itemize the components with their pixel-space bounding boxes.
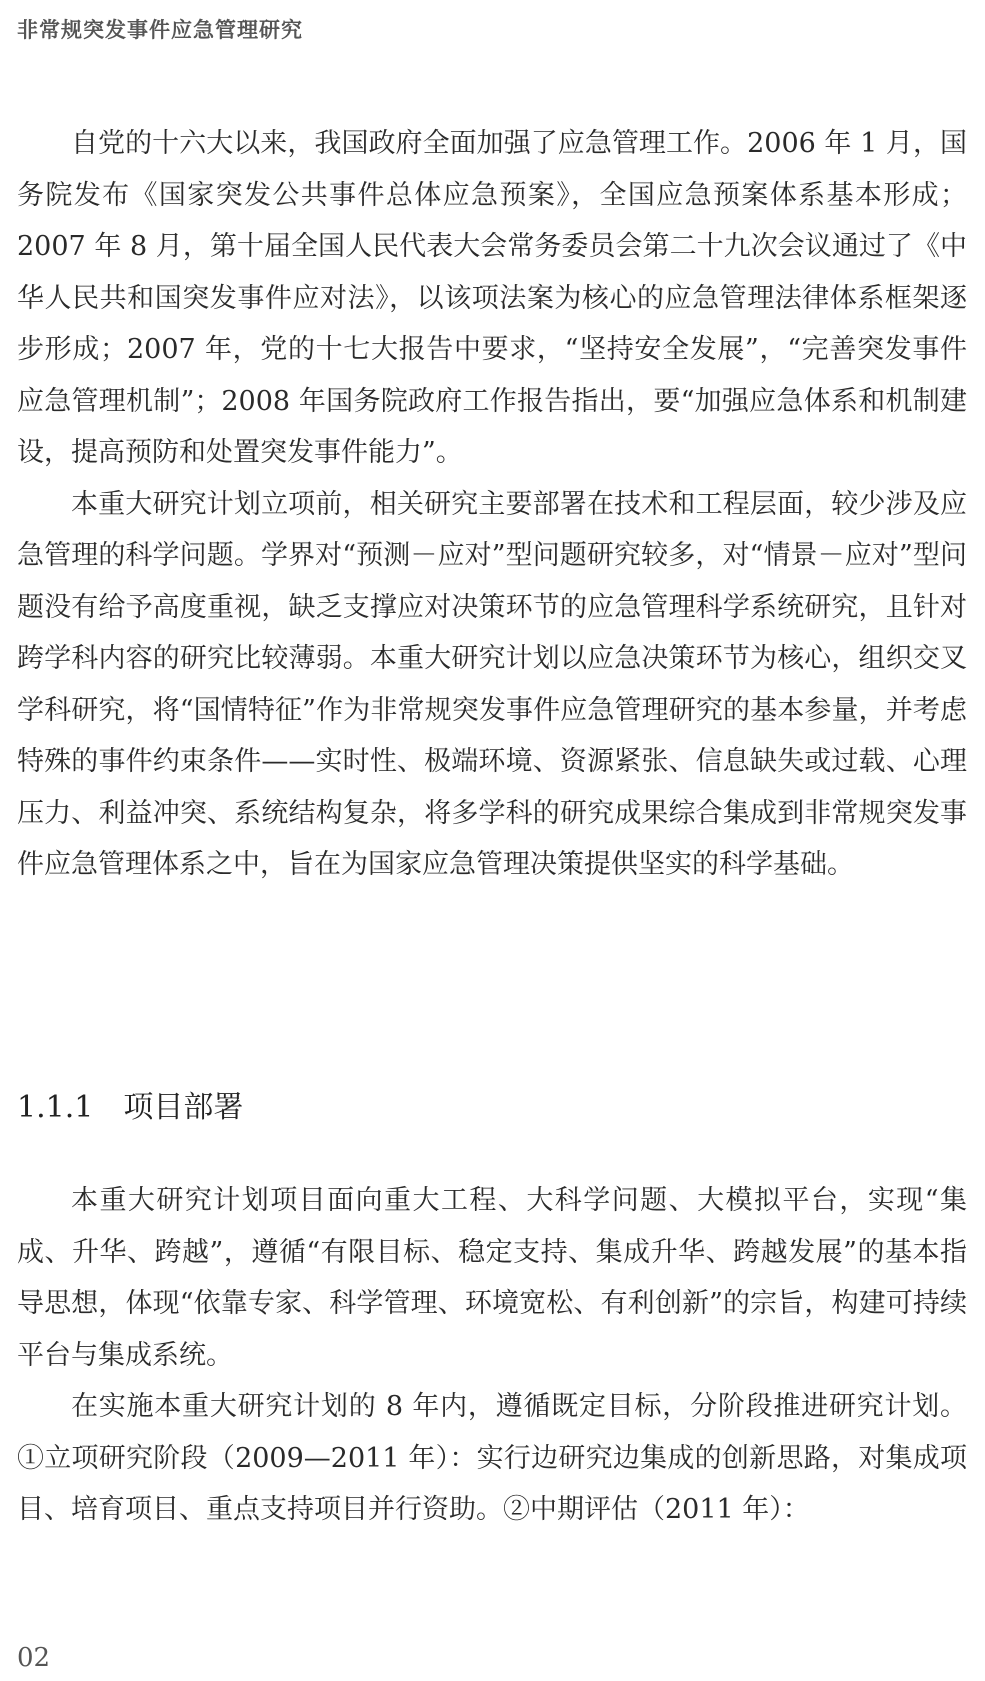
section-heading: 1.1.1项目部署 bbox=[17, 1082, 243, 1126]
paragraph: 自党的十六大以来，我国政府全面加强了应急管理工作。2006 年 1 月，国务院发… bbox=[17, 118, 967, 479]
running-head: 非常规突发事件应急管理研究 bbox=[17, 14, 303, 44]
paragraph: 本重大研究计划立项前，相关研究主要部署在技术和工程层面，较少涉及应急管理的科学问… bbox=[17, 479, 967, 891]
page-number: 02 bbox=[17, 1643, 50, 1673]
paragraph: 本重大研究计划项目面向重大工程、大科学问题、大模拟平台，实现“集成、升华、跨越”… bbox=[17, 1175, 967, 1381]
paragraph: 在实施本重大研究计划的 8 年内，遵循既定目标，分阶段推进研究计划。①立项研究阶… bbox=[17, 1381, 967, 1536]
intro-text-block: 自党的十六大以来，我国政府全面加强了应急管理工作。2006 年 1 月，国务院发… bbox=[17, 118, 967, 891]
section-number: 1.1.1 bbox=[17, 1090, 93, 1125]
section-text-block: 本重大研究计划项目面向重大工程、大科学问题、大模拟平台，实现“集成、升华、跨越”… bbox=[17, 1175, 967, 1536]
section-title: 项目部署 bbox=[123, 1090, 243, 1125]
